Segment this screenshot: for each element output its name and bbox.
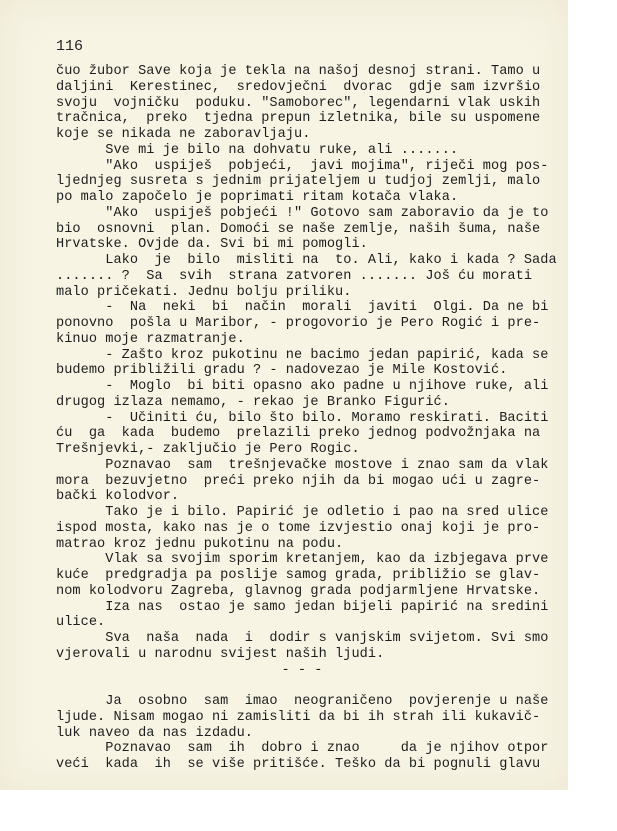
section-divider: - - - bbox=[56, 663, 548, 679]
text-line: Poznavao sam ih dobro i znao da je njiho… bbox=[56, 741, 548, 757]
text-line: "Ako uspiješ pobjeći, javi mojima", rije… bbox=[56, 159, 548, 175]
text-line: malo pričekati. Jednu bolju priliku. bbox=[56, 285, 548, 301]
text-line: - Moglo bi biti opasno ako padne u njiho… bbox=[56, 379, 548, 395]
text-line: vjerovali u narodnu svijest naših ljudi. bbox=[56, 647, 548, 663]
text-line: matrao kroz jednu pukotinu na podu. bbox=[56, 537, 548, 553]
text-line: Sve mi je bilo na dohvatu ruke, ali ....… bbox=[56, 143, 548, 159]
text-line: Tako je i bilo. Papirić je odletio i pao… bbox=[56, 505, 548, 521]
text-line: ljednjeg susreta s jednim prijateljem u … bbox=[56, 174, 548, 190]
text-line: daljini Kerestinec, sredovječni dvorac g… bbox=[56, 80, 548, 96]
text-line: veći kada ih se više pritišće. Teško da … bbox=[56, 757, 548, 773]
text-line: ....... ? Sa svih strana zatvoren ......… bbox=[56, 269, 548, 285]
text-line: - Na neki bi način morali javiti Olgi. D… bbox=[56, 300, 548, 316]
text-line: - Učiniti ću, bilo što bilo. Moramo resk… bbox=[56, 411, 548, 427]
text-line: ljude. Nisam mogao ni zamisliti da bi ih… bbox=[56, 710, 548, 726]
text-line bbox=[56, 678, 548, 694]
page-number: 116 bbox=[56, 38, 83, 55]
text-line: bio osnovni plan. Domoći se naše zemlje,… bbox=[56, 222, 548, 238]
text-line: drugog izlaza nemamo, - rekao je Branko … bbox=[56, 395, 548, 411]
text-line: ulice. bbox=[56, 615, 548, 631]
text-line: mora bezuvjetno preći preko njih da bi m… bbox=[56, 474, 548, 490]
text-line: Vlak sa svojim sporim kretanjem, kao da … bbox=[56, 552, 548, 568]
page-body-text: čuo žubor Save koja je tekla na našoj de… bbox=[56, 64, 548, 773]
book-page: 116 čuo žubor Save koja je tekla na našo… bbox=[0, 0, 568, 790]
text-line: Lako je bilo misliti na to. Ali, kako i … bbox=[56, 253, 548, 269]
text-line: kuće predgradja pa poslije samog grada, … bbox=[56, 568, 548, 584]
text-line: - Zašto kroz pukotinu ne bacimo jedan pa… bbox=[56, 348, 548, 364]
text-line: tračnica, preko tjedna prepun izletnika,… bbox=[56, 111, 548, 127]
text-line: kinuo moje razmatranje. bbox=[56, 332, 548, 348]
text-line: luk naveo da nas izdadu. bbox=[56, 726, 548, 742]
text-line: po malo započelo je poprimati ritam kota… bbox=[56, 190, 548, 206]
text-line: bački kolodvor. bbox=[56, 489, 548, 505]
text-line: koje se nikada ne zaboravljaju. bbox=[56, 127, 548, 143]
text-line: Poznavao sam trešnjevačke mostove i znao… bbox=[56, 458, 548, 474]
text-line: Sva naša nada i dodir s vanjskim svijeto… bbox=[56, 631, 548, 647]
text-line: svoju vojničku poduku. "Samoborec", lege… bbox=[56, 96, 548, 112]
text-line: Iza nas ostao je samo jedan bijeli papir… bbox=[56, 600, 548, 616]
text-line: "Ako uspiješ pobjeći !" Gotovo sam zabor… bbox=[56, 206, 548, 222]
text-line: ponovno pošla u Maribor, - progovorio je… bbox=[56, 316, 548, 332]
text-line: čuo žubor Save koja je tekla na našoj de… bbox=[56, 64, 548, 80]
text-line: Ja osobno sam imao neograničeno povjeren… bbox=[56, 694, 548, 710]
text-line: Trešnjevki,- zaključio je Pero Rogic. bbox=[56, 442, 548, 458]
text-line: ispod mosta, kako nas je o tome izvjesti… bbox=[56, 521, 548, 537]
text-line: budemo približili gradu ? - nadovezao je… bbox=[56, 363, 548, 379]
text-line: nom kolodvoru Zagreba, glavnog grada pod… bbox=[56, 584, 548, 600]
text-line: ću ga kada budemo prelazili preko jednog… bbox=[56, 426, 548, 442]
text-line: Hrvatske. Ovjde da. Svi bi mi pomogli. bbox=[56, 237, 548, 253]
